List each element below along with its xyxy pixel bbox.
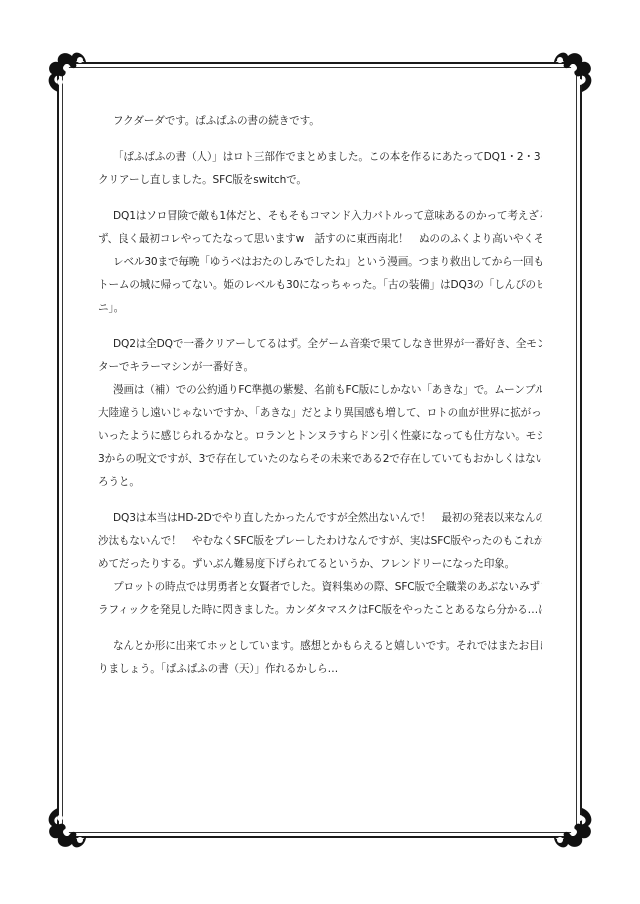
text-line: りましょう。「ぱふぱふの書（天）」作れるかしら… xyxy=(98,658,542,681)
text-line: DQ2は全DQで一番クリアーしてるはず。全ゲーム音楽で果てしなき世界が一番好き、… xyxy=(98,333,542,356)
paragraph-intro: フクダーダです。ぱふぱふの書の続きです。 xyxy=(98,110,542,133)
paragraph-dq1: DQ1はソロ冒険で敵も1体だと、そもそもコマンド入力バトルって意味あるのかって考… xyxy=(98,205,542,320)
corner-flourish-icon xyxy=(42,48,88,94)
text-line: ターでキラーマシンが一番好き。 xyxy=(98,356,542,379)
text-line: ニ」。 xyxy=(98,297,542,320)
text-line: なんとか形に出来てホッとしています。感想とかもらえると嬉しいです。それではまたお… xyxy=(98,635,542,658)
text-line: めてだったりする。ずいぶん難易度下げられてるというか、フレンドリーになった印象。 xyxy=(98,553,542,576)
afterword-text: フクダーダです。ぱふぱふの書の続きです。 「ぱふぱふの書（人）」はロト三部作でま… xyxy=(98,110,542,681)
text-line: DQ3は本当はHD-2Dでやり直したかったんですが全然出ないんで！ 最初の発表以… xyxy=(98,507,542,530)
text-line: フクダーダです。ぱふぱふの書の続きです。 xyxy=(98,110,542,133)
text-line: クリアーし直しました。SFC版をswitchで。 xyxy=(98,169,542,192)
text-line: ず、良く最初コレやってたなって思いますw 話すのに東西南北！ ぬののふくより高い… xyxy=(98,228,542,251)
text-line: ラフィックを発見した時に閃きました。カンダタマスクはFC版をやったことあるなら分… xyxy=(98,599,542,622)
paragraph-book-summary: 「ぱふぱふの書（人）」はロト三部作でまとめました。この本を作るにあたってDQ1・… xyxy=(98,146,542,192)
text-line: 沙汰もないんで！ やむなくSFC版をプレーしたわけなんですが、実はSFC版やった… xyxy=(98,530,542,553)
text-line: いったように感じられるかなと。ロランとトンヌラすらドン引く性豪になっても仕方ない… xyxy=(98,425,542,448)
text-line: トームの城に帰ってない。姫のレベルも30になっちゃった。「古の装備」はDQ3の「… xyxy=(98,274,542,297)
text-line: DQ1はソロ冒険で敵も1体だと、そもそもコマンド入力バトルって意味あるのかって考… xyxy=(98,205,542,228)
paragraph-closing: なんとか形に出来てホッとしています。感想とかもらえると嬉しいです。それではまたお… xyxy=(98,635,542,681)
text-line: 漫画は（補）での公約通りFC準拠の紫髪、名前もFC版にしかない「あきな」で。ムー… xyxy=(98,379,542,402)
text-line: ろうと。 xyxy=(98,471,542,494)
corner-flourish-icon xyxy=(552,48,598,94)
corner-flourish-icon xyxy=(552,806,598,852)
text-line: 3からの呪文ですが、3で存在していたのならその未来である2で存在していてもおかし… xyxy=(98,448,542,471)
text-line: 大陸違うし遠いじゃないですか、「あきな」だとより異国感も増して、ロトの血が世界に… xyxy=(98,402,542,425)
corner-flourish-icon xyxy=(42,806,88,852)
paragraph-dq2: DQ2は全DQで一番クリアーしてるはず。全ゲーム音楽で果てしなき世界が一番好き、… xyxy=(98,333,542,494)
text-line: レベル30まで毎晩「ゆうべはおたのしみでしたね」という漫画。つまり救出してから一… xyxy=(98,251,542,274)
text-line: プロットの時点では男勇者と女賢者でした。資料集めの際、SFC版で全職業のあぶない… xyxy=(98,576,542,599)
paragraph-dq3: DQ3は本当はHD-2Dでやり直したかったんですが全然出ないんで！ 最初の発表以… xyxy=(98,507,542,622)
text-line: 「ぱふぱふの書（人）」はロト三部作でまとめました。この本を作るにあたってDQ1・… xyxy=(98,146,542,169)
